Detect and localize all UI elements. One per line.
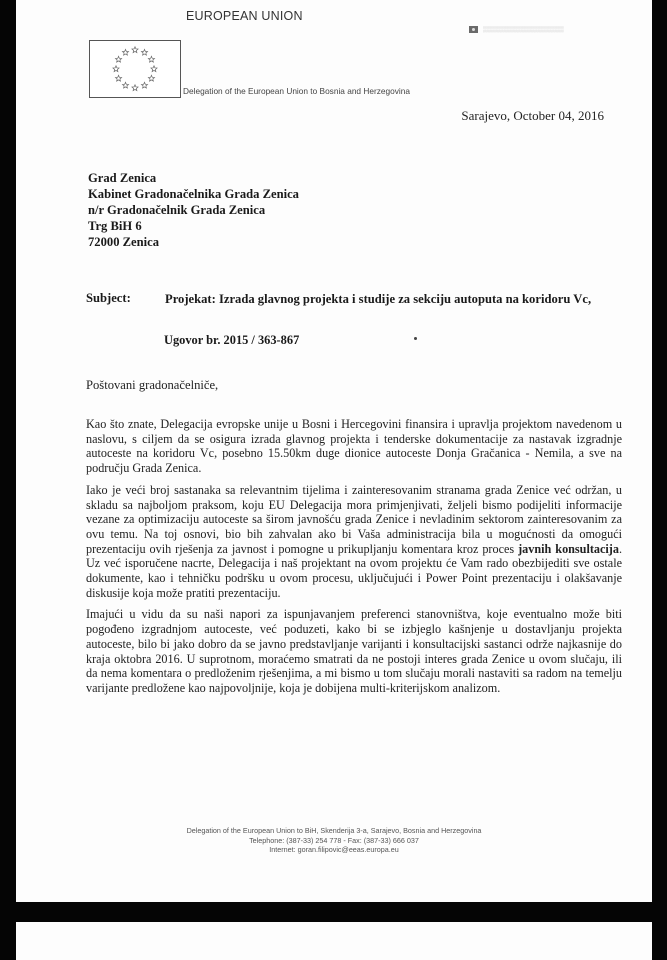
subject-label: Subject: <box>86 291 131 306</box>
eu-flag-logo <box>89 40 181 98</box>
addressee-block: Grad Zenica Kabinet Gradonačelnika Grada… <box>88 170 299 250</box>
delegation-name: Delegation of the European Union to Bosn… <box>183 86 410 96</box>
footer-internet: Internet: goran.filipovic@eeas.europa.eu <box>16 845 652 855</box>
salutation: Poštovani gradonačelniče, <box>86 378 218 393</box>
subject-text: Projekat: Izrada glavnog projekta i stud… <box>165 291 605 307</box>
body-paragraph: Kao što znate, Delegacija evropske unije… <box>86 417 622 476</box>
footer-phone: Telephone: (387-33) 254 778 - Fax: (387-… <box>16 836 652 846</box>
paragraph-text: Imajući u vidu da su naši napori za ispu… <box>86 607 622 695</box>
letter-footer: Delegation of the European Union to BiH,… <box>16 826 652 855</box>
addressee-line: Trg BiH 6 <box>88 218 299 234</box>
document-viewer: EUROPEAN UNION Delegation of the Europea… <box>0 0 667 960</box>
body-paragraph: Iako je veći broj sastanaka sa relevantn… <box>86 483 622 601</box>
addressee-line: Grad Zenica <box>88 170 299 186</box>
reference-stamp: ▒▒▒▒▒▒▒▒▒▒▒▒▒▒▒▒▒▒▒ <box>469 26 564 33</box>
paragraph-emphasis: javnih konsultacija <box>518 542 619 556</box>
eu-flag-stars-icon <box>90 41 180 97</box>
footer-address: Delegation of the European Union to BiH,… <box>16 826 652 836</box>
letter-page-2 <box>16 922 652 960</box>
scan-speck <box>414 337 417 340</box>
addressee-line: n/r Gradonačelnik Grada Zenica <box>88 202 299 218</box>
organization-name: EUROPEAN UNION <box>186 9 303 23</box>
letter-page-1: EUROPEAN UNION Delegation of the Europea… <box>16 0 652 902</box>
letter-body: Kao što znate, Delegacija evropske unije… <box>86 417 622 703</box>
date-line: Sarajevo, October 04, 2016 <box>461 108 604 124</box>
paragraph-text: Kao što znate, Delegacija evropske unije… <box>86 417 622 475</box>
body-paragraph: Imajući u vidu da su naši napori za ispu… <box>86 607 622 695</box>
camera-icon <box>469 26 478 33</box>
contract-number: Ugovor br. 2015 / 363-867 <box>164 333 299 348</box>
addressee-line: Kabinet Gradonačelnika Grada Zenica <box>88 186 299 202</box>
reference-stamp-text: ▒▒▒▒▒▒▒▒▒▒▒▒▒▒▒▒▒▒▒ <box>483 27 564 33</box>
addressee-line: 72000 Zenica <box>88 234 299 250</box>
